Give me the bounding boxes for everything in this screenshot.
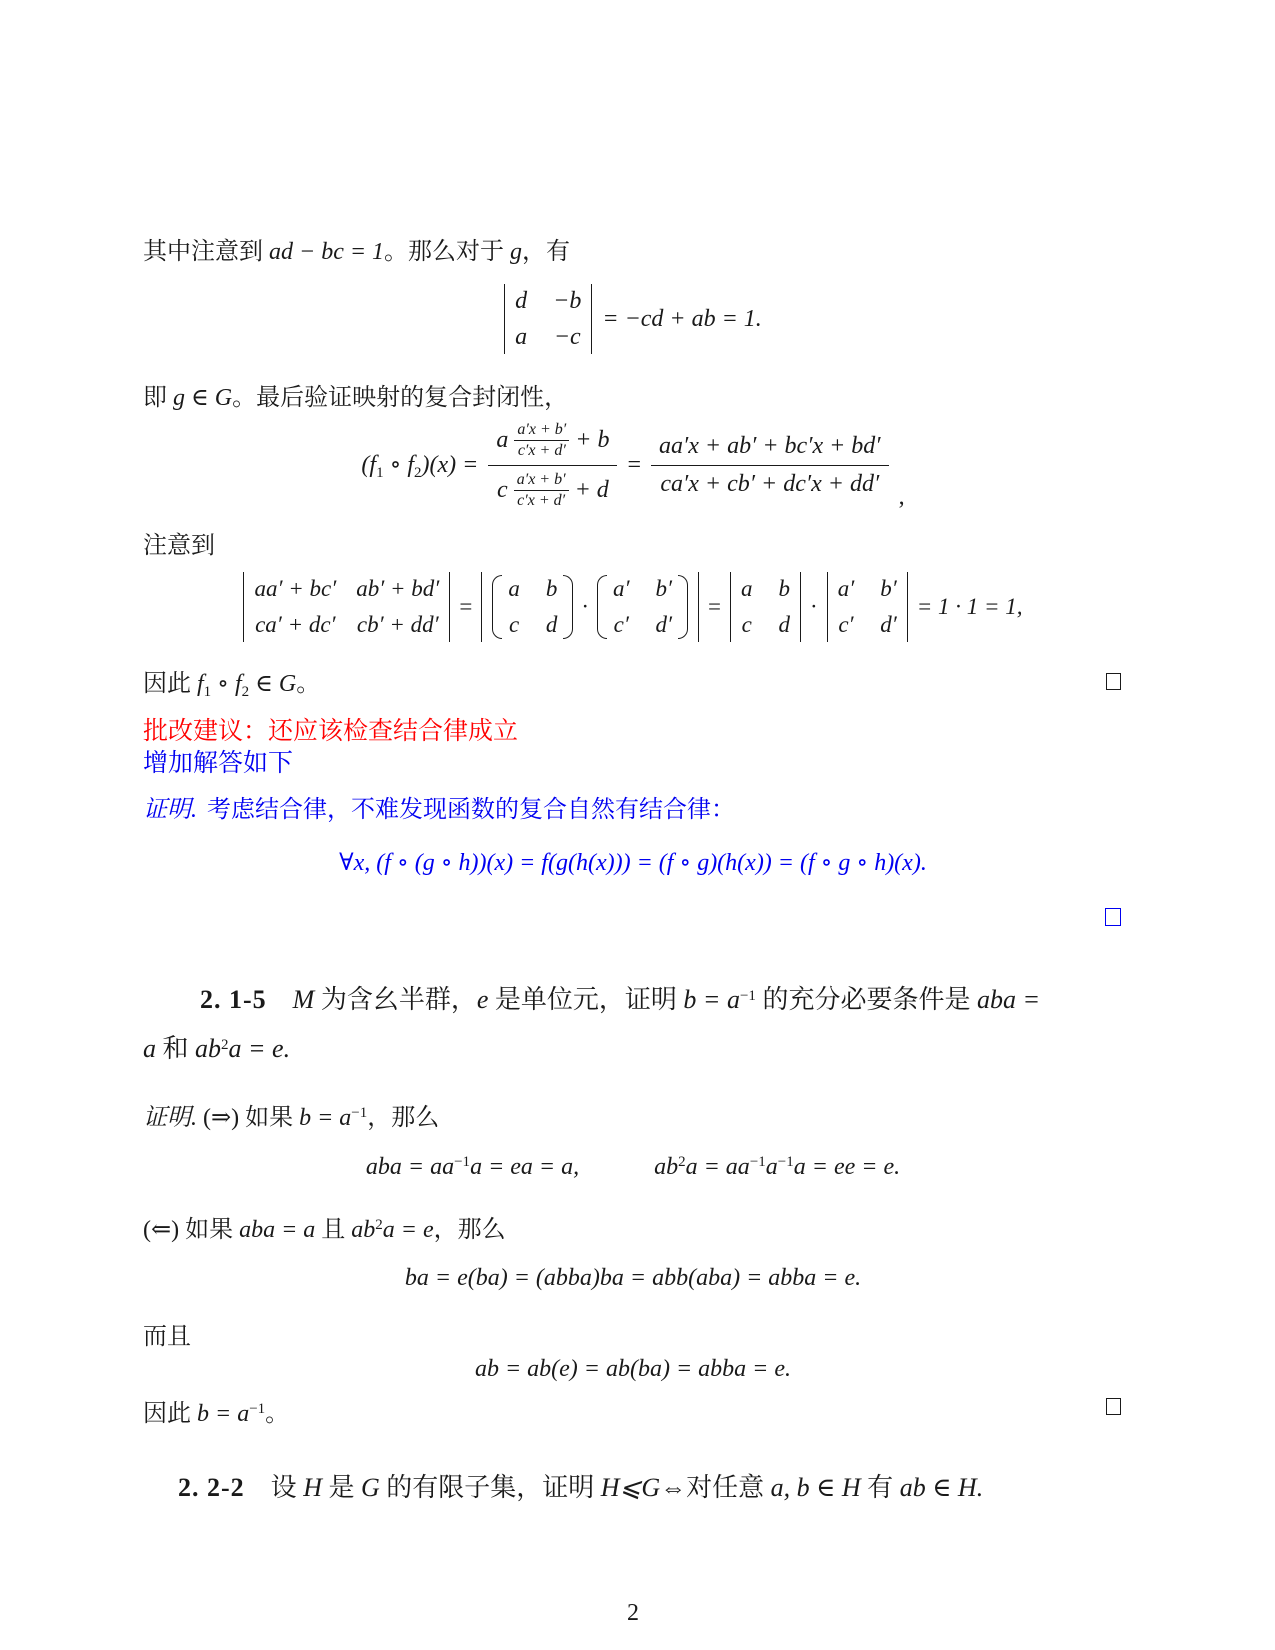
math-run: a — [496, 427, 508, 454]
problem-number: 2. 2-2 — [178, 1473, 245, 1502]
proof-2-1-5-forward: 证明. (⇒) 如果 b = a−1，那么 — [143, 1097, 439, 1134]
inner-numerator: a′x + b′ — [514, 471, 569, 491]
paragraph-note-determinant: 其中注意到 ad − bc = 1。那么对于 g，有 — [143, 236, 570, 268]
text-run: (⇐) 如果 — [143, 1217, 239, 1243]
inner-fraction: a′x + b′c′x + d′ — [514, 421, 569, 460]
math-run: ab2a = aa−1a−1a = ee = e. — [654, 1154, 900, 1181]
matrix-cell: b — [546, 575, 558, 603]
qed-box-blue — [1105, 908, 1121, 926]
math-run: + d — [575, 477, 609, 504]
matrix-cell: c′ — [614, 611, 629, 639]
determinant-abcd: abcd — [730, 572, 801, 642]
equals-sign: = — [708, 594, 721, 620]
math-run: ∘ f — [211, 671, 241, 697]
inner-fraction: a′x + b′c′x + d′ — [514, 471, 569, 510]
math-run: ab — [654, 1154, 678, 1180]
text-run: ，有 — [522, 239, 570, 265]
equation-rhs: = 1 · 1 = 1, — [917, 594, 1023, 620]
math-run: )(x) = — [422, 452, 479, 478]
equals-sign: = — [459, 594, 472, 620]
matrix-cell: d — [546, 611, 558, 639]
math-run: a = ee = e. — [794, 1154, 900, 1180]
left-paren — [492, 575, 502, 639]
proof-label: 证明. — [143, 797, 197, 823]
math-run: ad − bc = 1 — [269, 239, 384, 265]
paragraph-conclusion-closure: 因此 f1 ∘ f2 ∈ G。 — [143, 668, 320, 708]
text-run: 为含幺半群， — [314, 985, 477, 1014]
text-run: 注意到 — [143, 533, 215, 559]
math-run: ba = e(ba) = (abba)ba = abb(aba) = abba … — [405, 1265, 861, 1292]
matrix-cell: d′ — [656, 611, 673, 639]
determinant: d−ba−c — [504, 284, 592, 354]
text-run: 。最后验证映射的复合封闭性， — [232, 385, 568, 411]
fraction-nested: aa′x + b′c′x + d′+ b ca′x + b′c′x + d′+ … — [488, 420, 617, 511]
paragraph-conclusion-inverse: 因此 b = a−1。 — [143, 1393, 289, 1430]
problem-2-2-2: 2. 2-2设 H 是 G 的有限子集，证明 H⩽G⇔对任意 a, b ∈ H … — [178, 1472, 983, 1504]
math-run: aba = a — [239, 1217, 315, 1243]
text-run: 而且 — [143, 1324, 191, 1350]
math-run: ab — [351, 1217, 375, 1243]
matrix-2x2: a′b′c′d′ — [838, 575, 897, 639]
left-paren — [597, 575, 607, 639]
text-run: 的充分必要条件是 — [756, 985, 977, 1014]
matrix-cell: c — [509, 611, 519, 639]
text-run: 和 — [156, 1034, 195, 1063]
math-run: G — [361, 1473, 380, 1502]
math-run: b = a — [299, 1105, 351, 1131]
qed-box — [1106, 1398, 1121, 1415]
superscript: −1 — [778, 1154, 794, 1170]
text-run: 是 — [322, 1473, 361, 1502]
math-run: c — [497, 477, 508, 504]
text-run: ，那么 — [434, 1217, 506, 1243]
math-run: a = ea = a, — [470, 1154, 579, 1180]
matrix-cell: ca′ + dc′ — [255, 611, 336, 639]
superscript: 2 — [678, 1154, 686, 1170]
math-run: aba = — [977, 985, 1040, 1014]
fraction-denominator: ca′x + cb′ + dc′x + dd′ — [652, 466, 887, 499]
equation-determinant-g: d−ba−c = −cd + ab = 1. — [143, 284, 1123, 354]
math-run: ca′x + cb′ + dc′x + dd′ — [660, 471, 879, 498]
matrix-cell: d — [515, 287, 527, 315]
text-run: 有 — [861, 1473, 900, 1502]
proof-label: 证明. — [143, 1105, 197, 1131]
determinant-primes: a′b′c′d′ — [827, 572, 908, 642]
text-run: 是单位元，证明 — [488, 985, 683, 1014]
matrix-cell: −c — [554, 323, 581, 351]
cdot: · — [581, 594, 589, 620]
text-run: 因此 — [143, 1401, 197, 1427]
subscript: 2 — [414, 465, 422, 481]
math-run: a = aa — [686, 1154, 750, 1180]
page-number: 2 — [143, 1597, 1123, 1629]
right-paren — [563, 575, 573, 639]
fraction-numerator: aa′x + ab′ + bc′x + bd′ — [651, 432, 889, 466]
matrix-2x2: a′b′c′d′ — [613, 575, 672, 639]
matrix-cell: d — [779, 611, 791, 639]
fraction-denominator: ca′x + b′c′x + d′+ d — [489, 466, 617, 511]
text-run: 即 — [143, 385, 173, 411]
superscript: −1 — [750, 1154, 766, 1170]
proof-2-1-5-backward: (⇐) 如果 aba = a 且 ab2a = e，那么 — [143, 1209, 506, 1246]
inner-denominator: c′x + d′ — [515, 441, 569, 460]
matrix-cell: b′ — [880, 575, 897, 603]
math-run: e — [477, 985, 489, 1014]
text-run: 。 — [296, 671, 320, 697]
review-addendum: 增加解答如下 — [143, 748, 293, 780]
math-run: M — [293, 985, 315, 1014]
matrix-cell: ab′ + bd′ — [356, 575, 439, 603]
equation-ab: ab = ab(e) = ab(ba) = abba = e. — [143, 1356, 1123, 1383]
matrix-product: abcd · a′b′c′d′ — [492, 575, 688, 639]
matrix-cell: c′ — [838, 611, 853, 639]
math-run: g ∈ G — [173, 385, 232, 411]
math-run: ab = ab(e) = ab(ba) = abba = e. — [475, 1356, 791, 1383]
matrix-2x2: d−ba−c — [515, 287, 581, 351]
equation-composition: (f1 ∘ f2)(x) = aa′x + b′c′x + d′+ b ca′x… — [143, 420, 1123, 511]
math-run: ∈ G — [249, 671, 296, 697]
matrix-cell: a′ — [838, 575, 855, 603]
math-run: aba = aa — [366, 1154, 454, 1180]
subscript: 1 — [376, 465, 384, 481]
matrix-2x2: aa′ + bc′ab′ + bd′ca′ + dc′cb′ + dd′ — [254, 575, 439, 639]
math-run: H — [303, 1473, 322, 1502]
determinant-of-product: abcd · a′b′c′d′ — [481, 572, 699, 642]
text-run: 设 — [271, 1473, 304, 1502]
math-run: g — [510, 239, 522, 265]
comma: , — [899, 484, 905, 511]
problem-2-1-5-line2: a 和 ab2a = e. — [143, 1029, 290, 1065]
math-run: a = e. — [229, 1034, 291, 1063]
math-run: f — [197, 671, 204, 697]
matrix-cell: c — [742, 611, 752, 639]
math-run: b = a — [683, 985, 740, 1014]
text-run: 对任意 — [686, 1473, 771, 1502]
equation-ba: ba = e(ba) = (abba)ba = abb(aba) = abba … — [143, 1265, 1123, 1292]
right-paren — [678, 575, 688, 639]
equation-associativity: ∀x, (f ∘ (g ∘ h))(x) = f(g(h(x))) = (f ∘… — [143, 848, 1123, 877]
text-run: 的有限子集，证明 — [380, 1473, 601, 1502]
paragraph-note: 注意到 — [143, 530, 215, 562]
determinant-sums: aa′ + bc′ab′ + bd′ca′ + dc′cb′ + dd′ — [243, 572, 450, 642]
equation-rhs: = −cd + ab = 1. — [602, 306, 761, 333]
paragraph-moreover: 而且 — [143, 1321, 191, 1353]
math-run: a, b ∈ H — [771, 1473, 861, 1502]
math-run: ab ∈ H. — [900, 1473, 984, 1502]
text-run: 考虑结合律，不难发现函数的复合自然有结合律： — [207, 797, 735, 823]
math-run: a — [766, 1154, 778, 1180]
matrix-cell: a′ — [613, 575, 630, 603]
equation-lhs: (f1 ∘ f2)(x) = — [361, 450, 478, 482]
qed-box — [1106, 673, 1121, 690]
text-run: ，那么 — [367, 1105, 439, 1131]
superscript: −1 — [351, 1105, 367, 1121]
fraction-expanded: aa′x + ab′ + bc′x + bd′ ca′x + cb′ + dc′… — [651, 432, 889, 499]
math-run: ab — [195, 1034, 221, 1063]
math-run: + b — [575, 427, 609, 454]
matrix-cell: a — [515, 323, 527, 351]
text-run: (⇒) 如果 — [197, 1105, 299, 1131]
math-run: a = e — [383, 1217, 434, 1243]
inner-numerator: a′x + b′ — [514, 421, 569, 441]
text-run: 且 — [315, 1217, 351, 1243]
math-run: b = a — [197, 1401, 249, 1427]
superscript: 2 — [375, 1217, 383, 1233]
cdot: · — [810, 594, 818, 620]
matrix-cell: d′ — [880, 611, 897, 639]
text-run: 其中注意到 — [143, 239, 269, 265]
equals-sign: = — [627, 452, 641, 479]
matrix-2x2: abcd — [508, 575, 557, 639]
matrix-cell: cb′ + dd′ — [357, 611, 439, 639]
matrix-cell: aa′ + bc′ — [254, 575, 336, 603]
matrix-cell: a — [741, 575, 753, 603]
math-run: ∘ f — [384, 452, 414, 478]
proof-associativity: 证明.考虑结合律，不难发现函数的复合自然有结合律： — [143, 794, 735, 826]
document-page: { "colors": { "red": "#ff0000", "blue": … — [0, 0, 1275, 1650]
matrix-2x2: abcd — [741, 575, 790, 639]
text-run: 。那么对于 — [384, 239, 510, 265]
math-run: (f — [361, 452, 376, 478]
paren-matrix: abcd — [492, 575, 573, 639]
matrix-cell: a — [508, 575, 520, 603]
problem-2-1-5-line1: 2. 1-5M 为含幺半群，e 是单位元，证明 b = a−1 的充分必要条件是… — [200, 980, 1040, 1016]
text-run: 。 — [265, 1401, 289, 1427]
superscript: −1 — [249, 1401, 265, 1417]
page-number-text: 2 — [627, 1600, 639, 1626]
problem-number: 2. 1-5 — [200, 985, 267, 1014]
superscript: −1 — [454, 1154, 470, 1170]
math-run: a — [143, 1034, 156, 1063]
math-run: ∀x, (f ∘ (g ∘ h))(x) = f(g(h(x))) = (f ∘… — [339, 848, 927, 877]
paragraph-closure-check: 即 g ∈ G。最后验证映射的复合封闭性， — [143, 382, 568, 414]
review-suggestion: 批改建议：还应该检查结合律成立 — [143, 716, 518, 748]
matrix-cell: b′ — [656, 575, 673, 603]
fraction-numerator: aa′x + b′c′x + d′+ b — [488, 420, 617, 466]
matrix-cell: b — [779, 575, 791, 603]
superscript: −1 — [740, 988, 756, 1004]
math-run: aa′x + ab′ + bc′x + bd′ — [659, 433, 881, 460]
paren-matrix: a′b′c′d′ — [597, 575, 688, 639]
matrix-cell: −b — [553, 287, 581, 315]
equation-forward: aba = aa−1a = ea = a,ab2a = aa−1a−1a = e… — [143, 1154, 1123, 1181]
math-run: H⩽G⇔ — [601, 1473, 686, 1502]
text-run: 因此 — [143, 671, 197, 697]
equation-determinant-product: aa′ + bc′ab′ + bd′ca′ + dc′cb′ + dd′ = a… — [143, 572, 1123, 642]
text-run: 增加解答如下 — [143, 750, 293, 777]
math-run: aba = aa−1a = ea = a, — [366, 1154, 579, 1181]
text-run: 批改建议：还应该检查结合律成立 — [143, 718, 518, 745]
superscript: 2 — [221, 1037, 229, 1053]
subscript: 2 — [242, 684, 250, 700]
inner-denominator: c′x + d′ — [514, 491, 568, 510]
